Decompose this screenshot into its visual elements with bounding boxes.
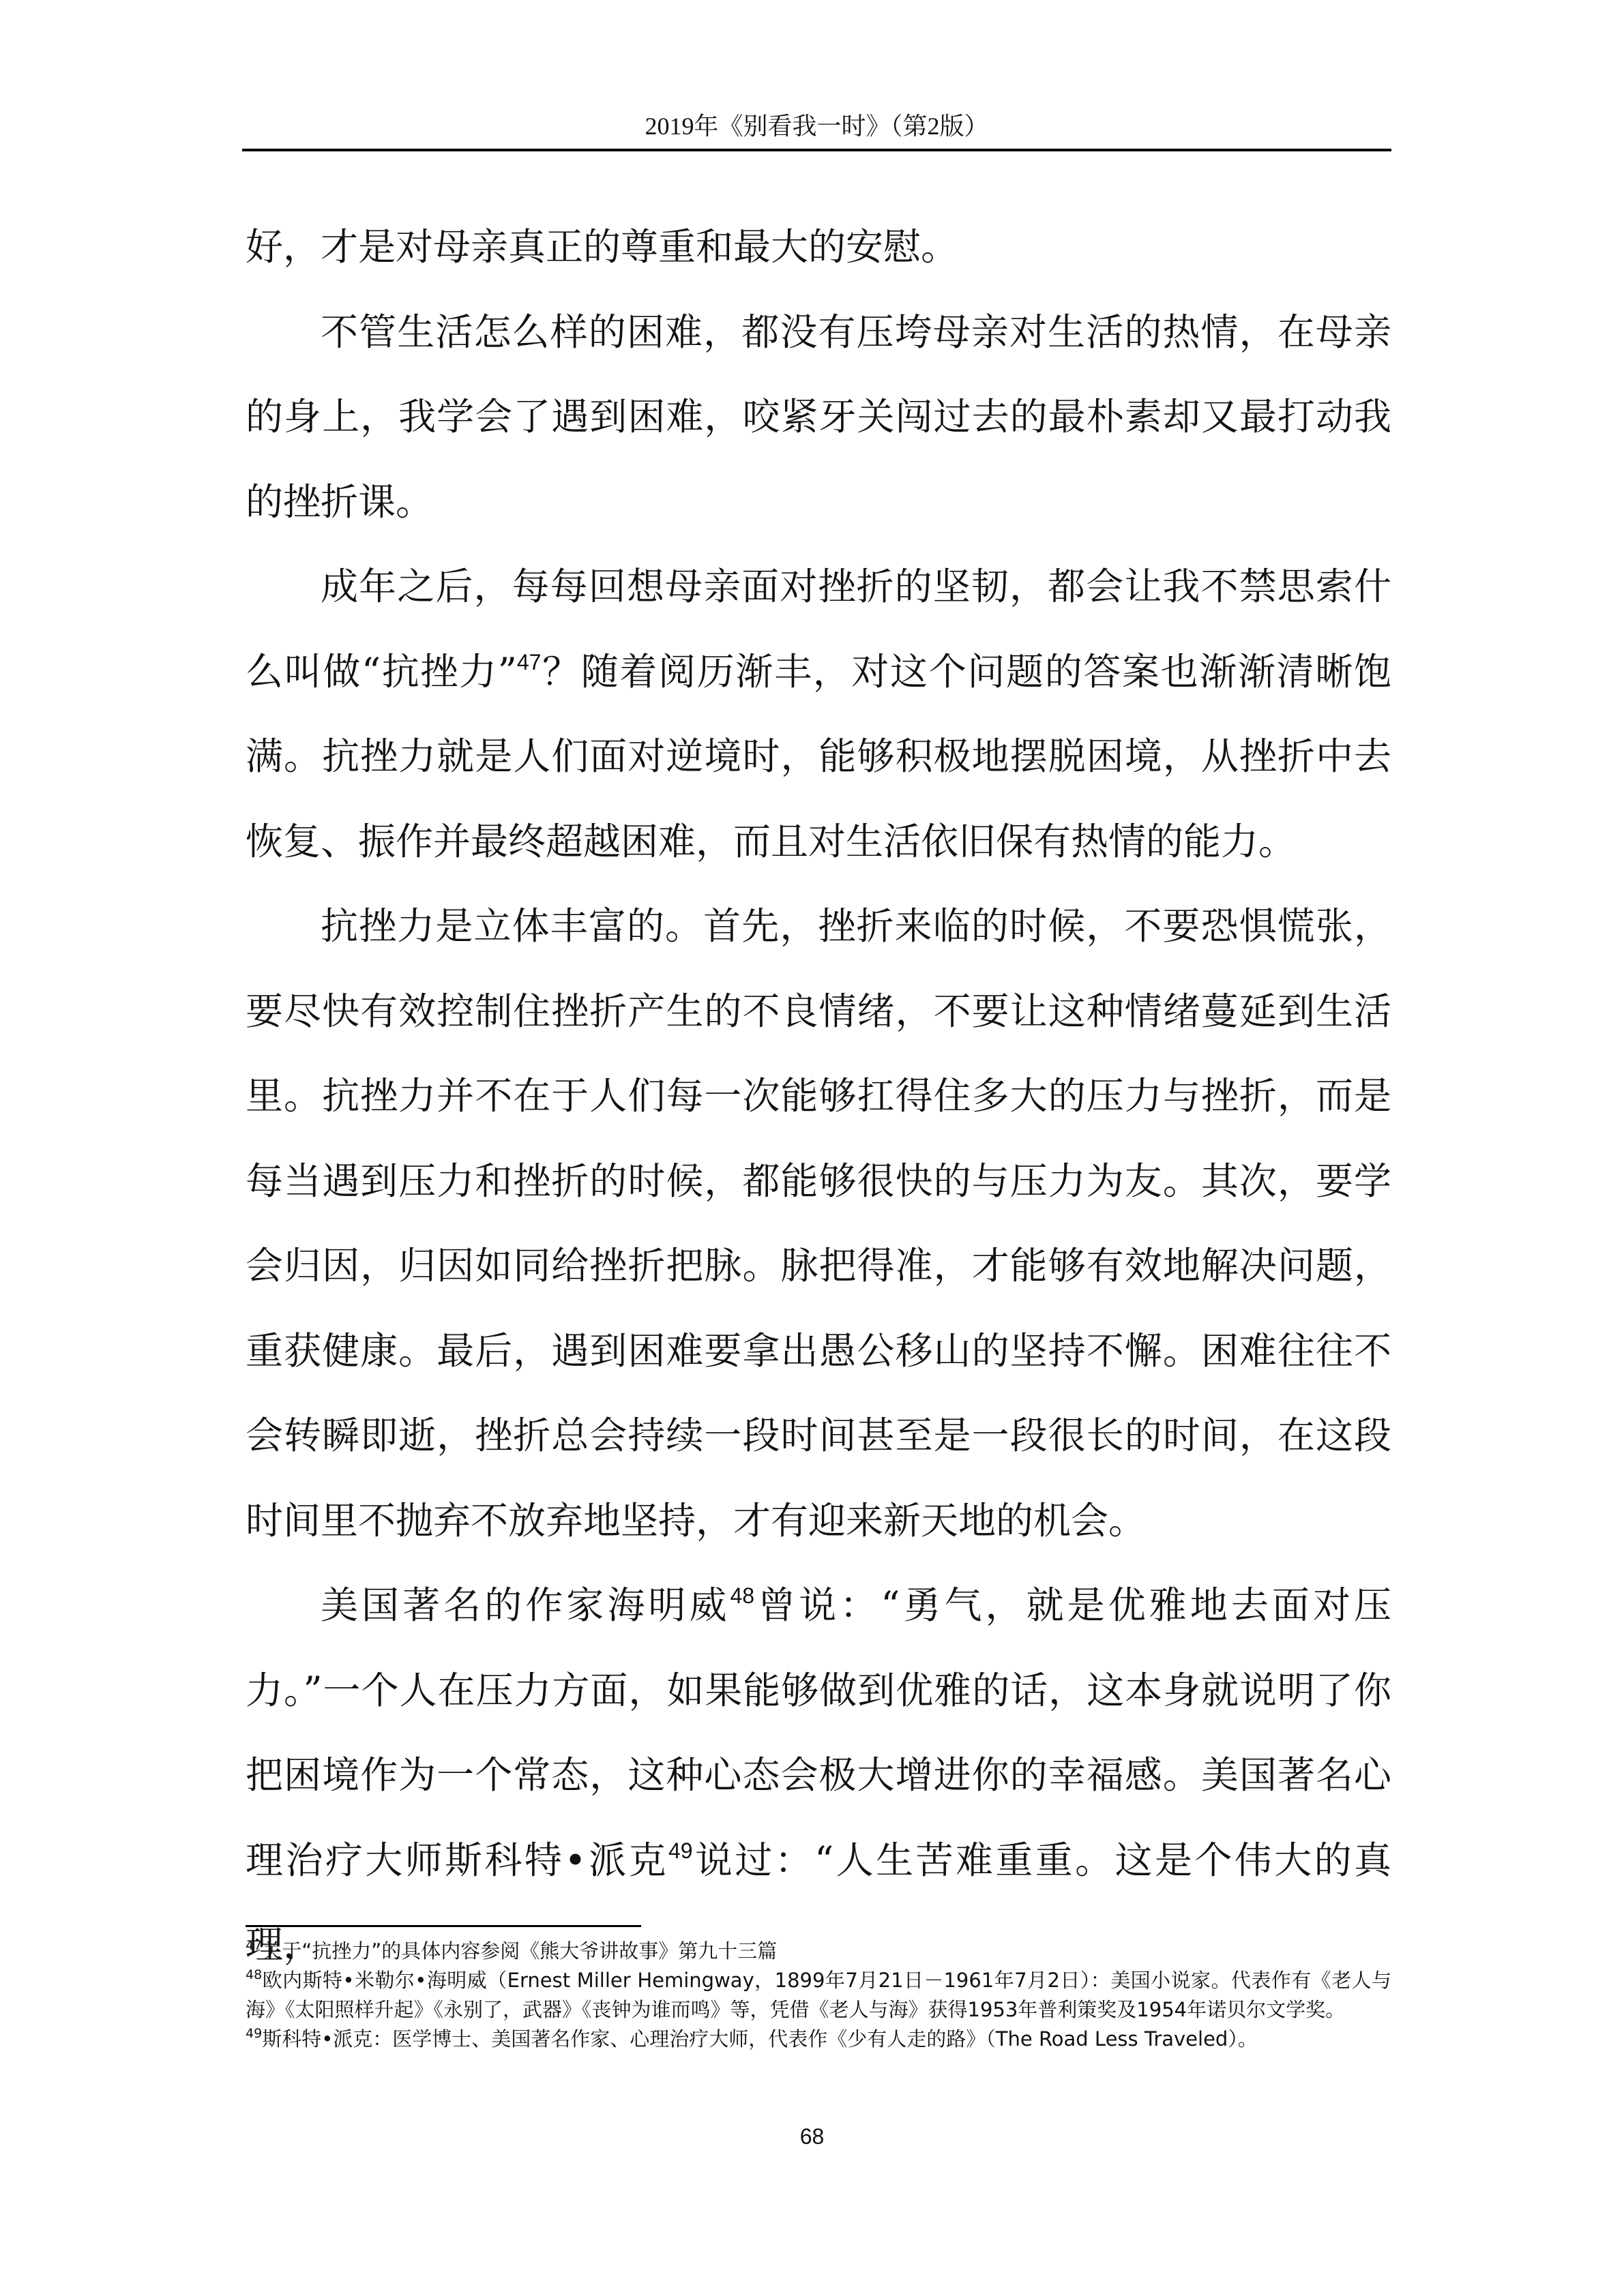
paragraph-text: 曾说：“勇气，就是优雅地去面对压力。”一个人在压力方面，如果能够做到优雅的话，这… (246, 1583, 1391, 1882)
footnote-text: 斯科特•派克：医学博士、美国著名作家、心理治疗大师，代表作《少有人走的路》（Th… (262, 2027, 1258, 2051)
paragraph-text: 不管生活怎么样的困难，都没有压垮母亲对生活的热情，在母亲的身上，我学会了遇到困难… (246, 310, 1391, 524)
body-text: 好，才是对母亲真正的尊重和最大的安慰。 不管生活怎么样的困难，都没有压垮母亲对生… (246, 205, 1391, 1988)
paragraph: 不管生活怎么样的困难，都没有压垮母亲对生活的热情，在母亲的身上，我学会了遇到困难… (246, 290, 1391, 545)
document-page: 2019年《别看我一时》（第2版） 好，才是对母亲真正的尊重和最大的安慰。 不管… (0, 0, 1624, 2296)
paragraph: 成年之后，每每回想母亲面对挫折的坚韧，都会让我不禁思索什么叫做“抗挫力”47？随… (246, 544, 1391, 884)
footnote-number: 49 (246, 2026, 262, 2041)
footnote-49: 49斯科特•派克：医学博士、美国著名作家、心理治疗大师，代表作《少有人走的路》（… (246, 2025, 1391, 2054)
paragraph: 美国著名的作家海明威48曾说：“勇气，就是优雅地去面对压力。”一个人在压力方面，… (246, 1563, 1391, 1988)
footnote-divider (246, 1925, 641, 1927)
paragraph-text: 美国著名的作家海明威 (321, 1583, 730, 1627)
footnote-ref-49[interactable]: 49 (668, 1838, 693, 1863)
paragraph: 抗挫力是立体丰富的。首先，挫折来临的时候，不要恐惧慌张，要尽快有效控制住挫折产生… (246, 884, 1391, 1563)
footnote-48: 48欧内斯特•米勒尔•海明威（Ernest Miller Hemingway，1… (246, 1966, 1391, 2025)
page-number: 68 (0, 2124, 1624, 2149)
header-divider (242, 149, 1391, 151)
running-header-title: 2019年《别看我一时》（第2版） (242, 109, 1391, 143)
paragraph-text: 好，才是对母亲真正的尊重和最大的安慰。 (246, 225, 958, 269)
footnote-ref-47[interactable]: 47 (517, 650, 542, 674)
footnote-text: 关于“抗挫力”的具体内容参阅《熊大爷讲故事》第九十三篇 (262, 1939, 777, 1963)
footnotes: 47关于“抗挫力”的具体内容参阅《熊大爷讲故事》第九十三篇 48欧内斯特•米勒尔… (246, 1937, 1391, 2054)
footnote-number: 48 (246, 1967, 262, 1982)
paragraph: 好，才是对母亲真正的尊重和最大的安慰。 (246, 205, 1391, 290)
footnote-47: 47关于“抗挫力”的具体内容参阅《熊大爷讲故事》第九十三篇 (246, 1937, 1391, 1966)
footnote-text: 欧内斯特•米勒尔•海明威（Ernest Miller Hemingway，189… (246, 1969, 1391, 2021)
paragraph-text: 抗挫力是立体丰富的。首先，挫折来临的时候，不要恐惧慌张，要尽快有效控制住挫折产生… (246, 904, 1391, 1542)
footnote-number: 47 (246, 1938, 262, 1953)
footnote-ref-48[interactable]: 48 (730, 1583, 755, 1608)
